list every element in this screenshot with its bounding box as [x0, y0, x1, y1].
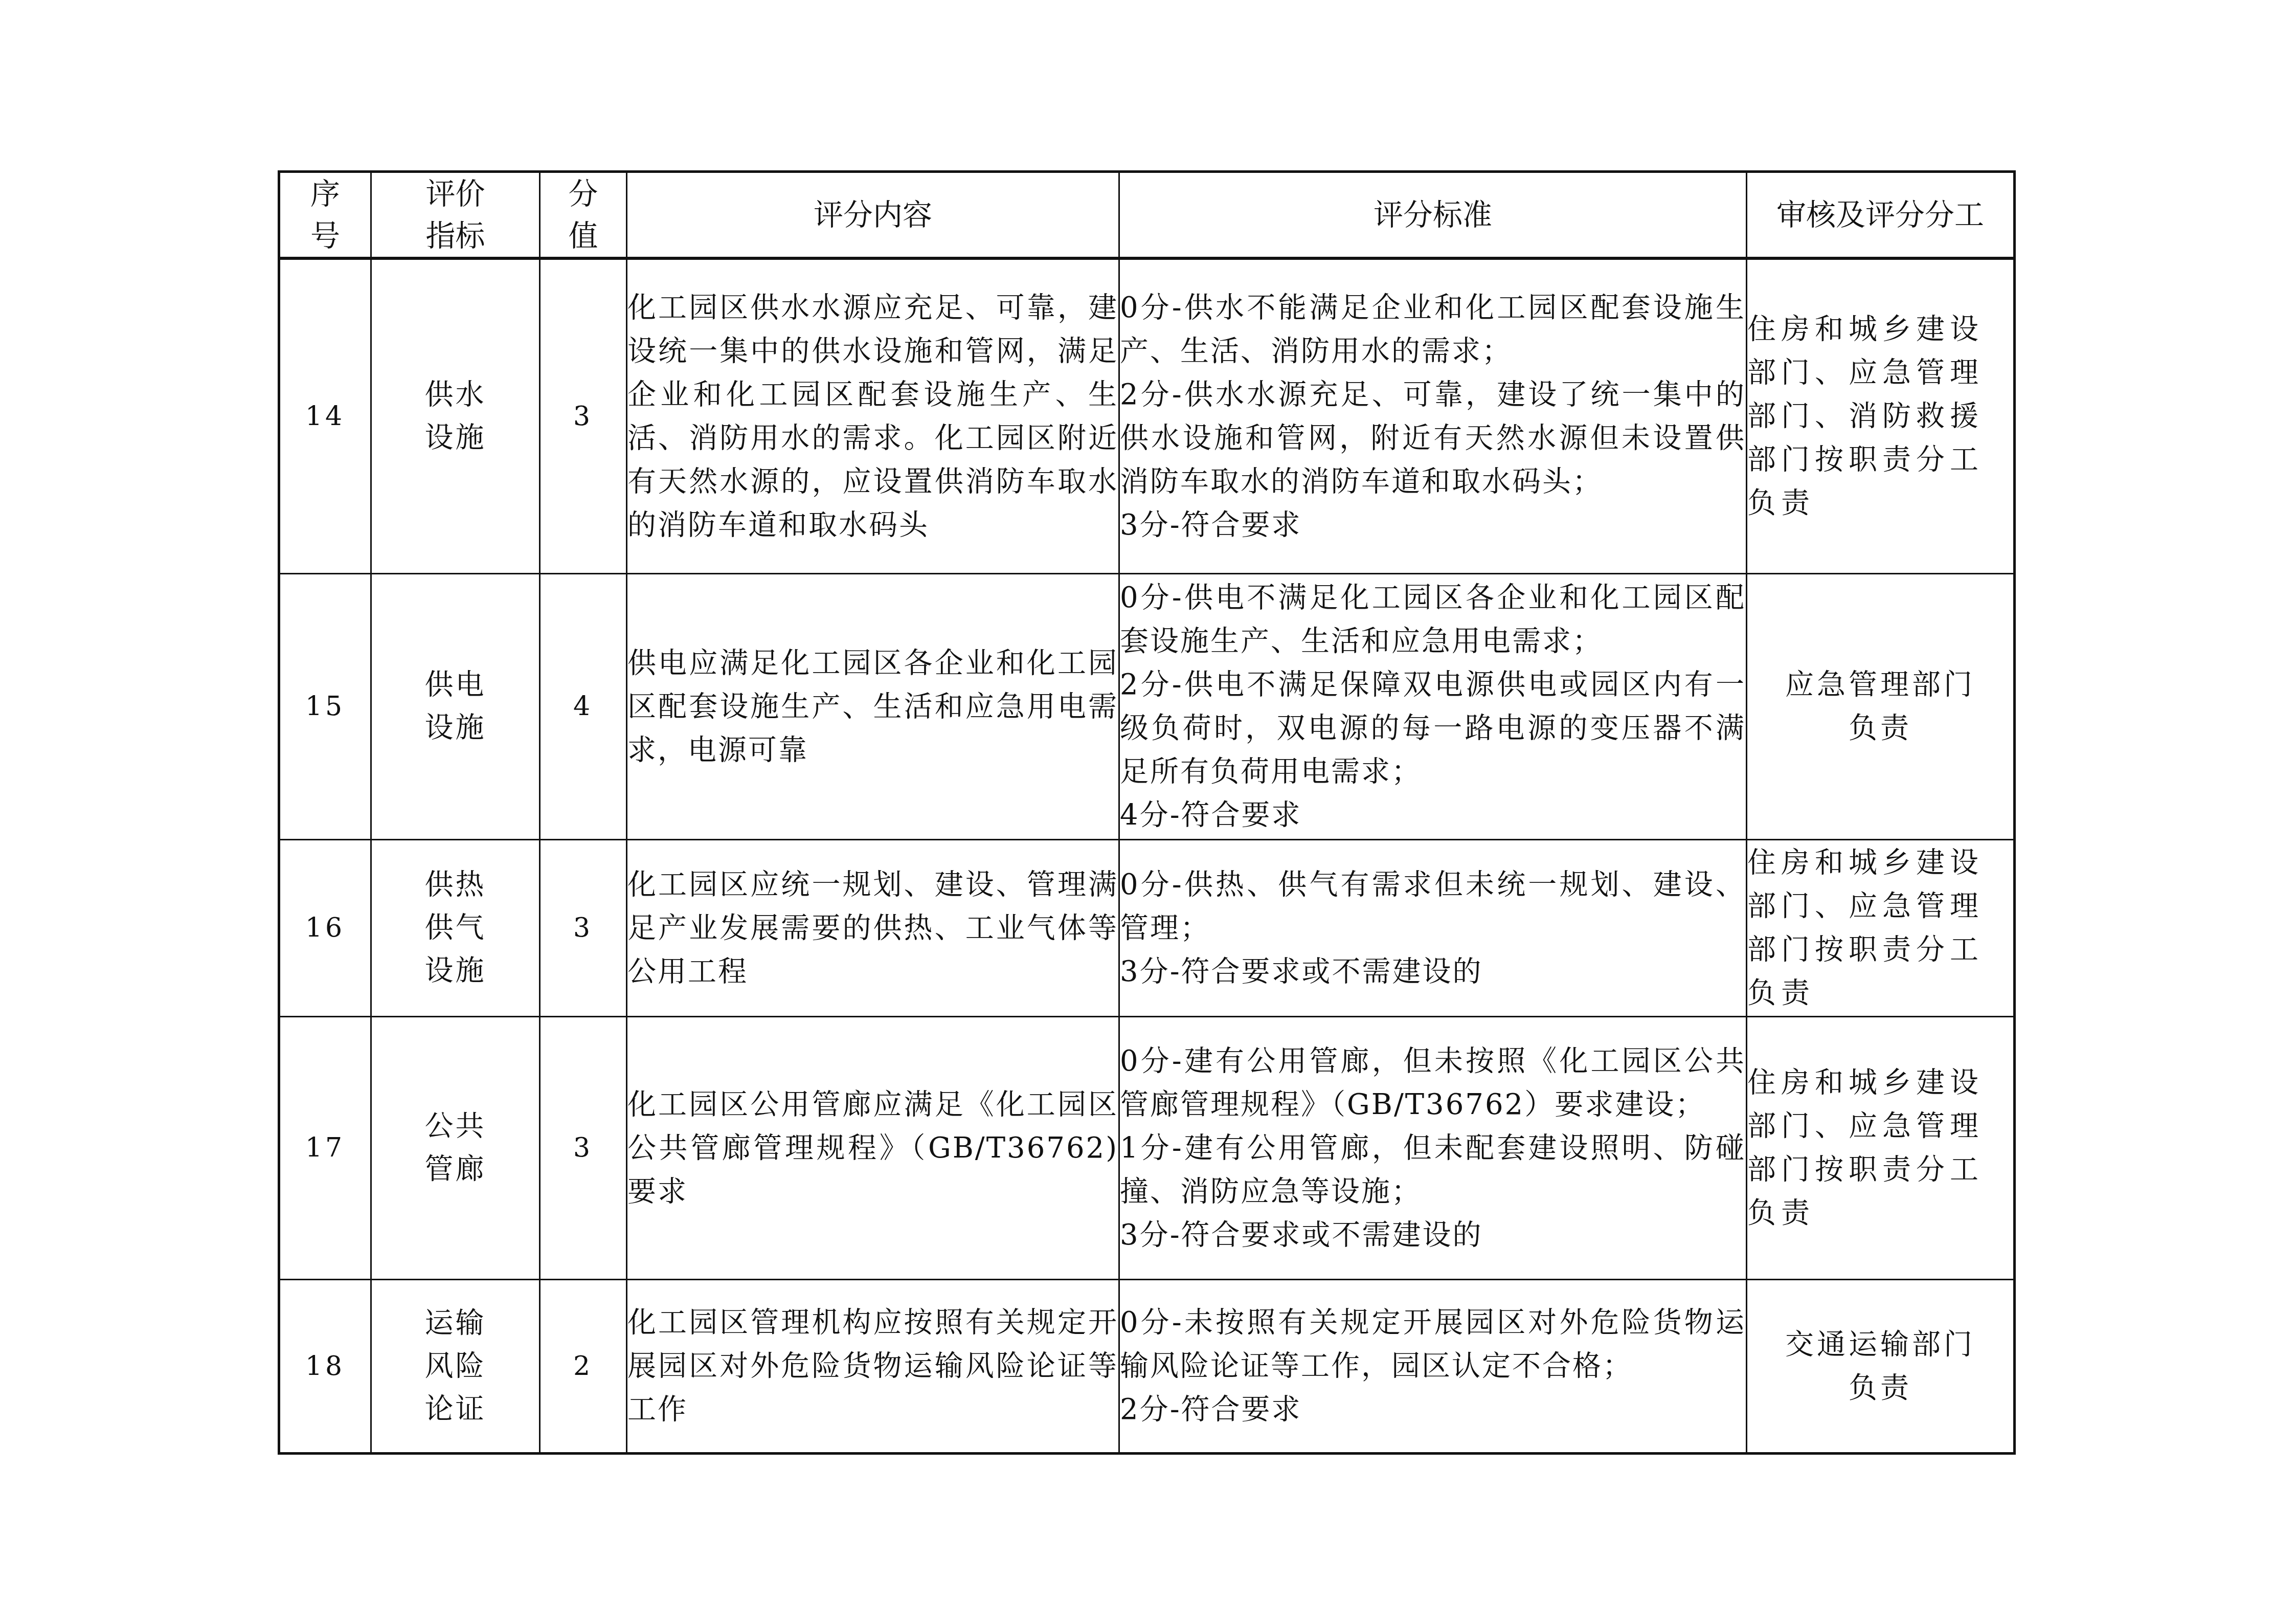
row-department: 住房和城乡建设部门、应急管理部门、消防救援部门按职责分工负责 — [1747, 258, 2015, 573]
row-standard: 0分-未按照有关规定开展园区对外危险货物运输风险论证等工作，园区认定不合格； 2… — [1119, 1279, 1747, 1453]
evaluation-table: 序 号 评价 指标 分 值 评分内容 评分标准 审核及评分分工 14 — [278, 170, 2016, 1455]
row-department: 住房和城乡建设部门、应急管理部门按职责分工负责 — [1747, 1016, 2015, 1279]
row-indicator: 公共 管廊 — [371, 1016, 540, 1279]
header-department: 审核及评分分工 — [1747, 172, 2015, 259]
header-indicator: 评价 指标 — [371, 172, 540, 259]
row-number: 15 — [279, 573, 371, 839]
table-row: 16 供热 供气 设施 3 化工园区应统一规划、建设、管理满足产业发展需要的供热… — [279, 839, 2015, 1016]
row-indicator: 供电 设施 — [371, 573, 540, 839]
table-row: 17 公共 管廊 3 化工园区公用管廊应满足《化工园区公共管廊管理规程》（GB/… — [279, 1016, 2015, 1279]
row-content: 供电应满足化工园区各企业和化工园区配套设施生产、生活和应急用电需求，电源可靠 — [627, 573, 1119, 839]
row-standard: 0分-供水不能满足企业和化工园区配套设施生产、生活、消防用水的需求； 2分-供水… — [1119, 258, 1747, 573]
row-number: 14 — [279, 258, 371, 573]
header-content: 评分内容 — [627, 172, 1119, 259]
row-department: 应急管理部门 负责 — [1747, 573, 2015, 839]
row-indicator: 供热 供气 设施 — [371, 839, 540, 1016]
table-body: 14 供水 设施 3 化工园区供水水源应充足、可靠，建设统一集中的供水设施和管网… — [279, 258, 2015, 1453]
document-page: 序 号 评价 指标 分 值 评分内容 评分标准 审核及评分分工 14 — [0, 0, 2296, 1624]
row-standard: 0分-供电不满足化工园区各企业和化工园区配套设施生产、生活和应急用电需求； 2分… — [1119, 573, 1747, 839]
row-indicator: 供水 设施 — [371, 258, 540, 573]
row-score: 2 — [540, 1279, 627, 1453]
header-standard: 评分标准 — [1119, 172, 1747, 259]
table-row: 14 供水 设施 3 化工园区供水水源应充足、可靠，建设统一集中的供水设施和管网… — [279, 258, 2015, 573]
header-no: 序 号 — [279, 172, 371, 259]
row-standard: 0分-建有公用管廊，但未按照《化工园区公共管廊管理规程》（GB/T36762）要… — [1119, 1016, 1747, 1279]
row-score: 3 — [540, 258, 627, 573]
row-indicator: 运输 风险 论证 — [371, 1279, 540, 1453]
row-number: 17 — [279, 1016, 371, 1279]
row-number: 18 — [279, 1279, 371, 1453]
row-content: 化工园区公用管廊应满足《化工园区公共管廊管理规程》（GB/T36762)要求 — [627, 1016, 1119, 1279]
table-header: 序 号 评价 指标 分 值 评分内容 评分标准 审核及评分分工 — [279, 172, 2015, 259]
header-score: 分 值 — [540, 172, 627, 259]
row-content: 化工园区管理机构应按照有关规定开展园区对外危险货物运输风险论证等工作 — [627, 1279, 1119, 1453]
row-department: 住房和城乡建设部门、应急管理部门按职责分工负责 — [1747, 839, 2015, 1016]
row-score: 3 — [540, 1016, 627, 1279]
row-score: 4 — [540, 573, 627, 839]
row-content: 化工园区应统一规划、建设、管理满足产业发展需要的供热、工业气体等公用工程 — [627, 839, 1119, 1016]
header-row: 序 号 评价 指标 分 值 评分内容 评分标准 审核及评分分工 — [279, 172, 2015, 259]
row-score: 3 — [540, 839, 627, 1016]
row-number: 16 — [279, 839, 371, 1016]
row-standard: 0分-供热、供气有需求但未统一规划、建设、管理； 3分-符合要求或不需建设的 — [1119, 839, 1747, 1016]
table-row: 18 运输 风险 论证 2 化工园区管理机构应按照有关规定开展园区对外危险货物运… — [279, 1279, 2015, 1453]
row-department: 交通运输部门 负责 — [1747, 1279, 2015, 1453]
table-row: 15 供电 设施 4 供电应满足化工园区各企业和化工园区配套设施生产、生活和应急… — [279, 573, 2015, 839]
row-content: 化工园区供水水源应充足、可靠，建设统一集中的供水设施和管网，满足企业和化工园区配… — [627, 258, 1119, 573]
